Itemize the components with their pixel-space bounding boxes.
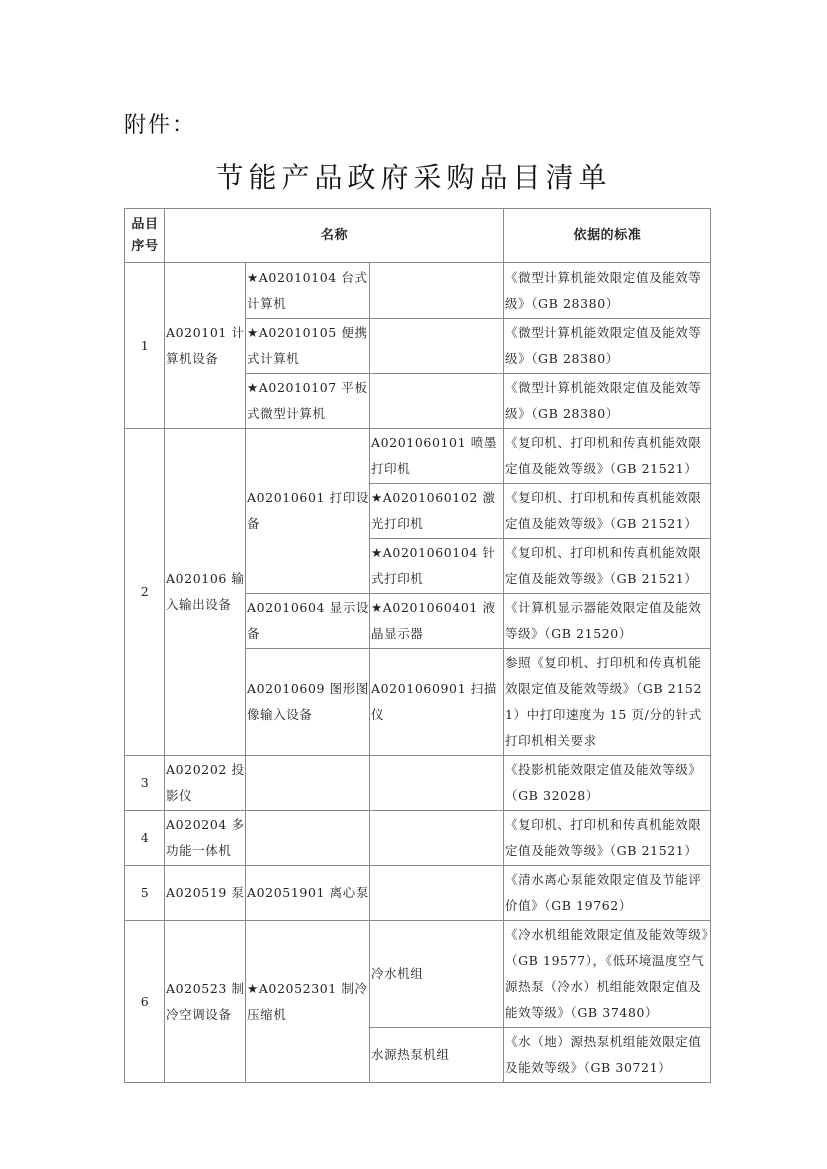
seq-cell: 1 (125, 263, 165, 429)
category-cell: A020106 输入输出设备 (165, 429, 246, 756)
procurement-catalog-table: 品目序号 名称 依据的标准 1 A020101 计算机设备 ★A02010104… (124, 208, 711, 1083)
standard-cell: 《投影机能效限定值及能效等级》（GB 32028） (504, 756, 711, 811)
sub-item-cell: ★A02010105 便携式计算机 (246, 319, 370, 374)
sub-item-cell: ★A02010107 平板式微型计算机 (246, 374, 370, 429)
sub-item-cell: A02051901 离心泵 (246, 866, 370, 921)
table-row: 6 A020523 制冷空调设备 ★A02052301 制冷压缩机 冷水机组 《… (125, 921, 711, 1028)
standard-cell: 《复印机、打印机和传真机能效限定值及能效等级》（GB 21521） (504, 429, 711, 484)
table-row: 1 A020101 计算机设备 ★A02010104 台式计算机 《微型计算机能… (125, 263, 711, 319)
seq-cell: 2 (125, 429, 165, 756)
detail-cell: ★A0201060104 针式打印机 (370, 539, 504, 594)
sub-item-cell: A02010601 打印设备 (246, 429, 370, 594)
detail-cell (370, 811, 504, 866)
seq-cell: 4 (125, 811, 165, 866)
document-title: 节能产品政府采购品目清单 (0, 156, 827, 196)
header-name: 名称 (165, 209, 504, 263)
seq-cell: 6 (125, 921, 165, 1083)
sub-item-cell (246, 811, 370, 866)
category-cell: A020204 多功能一体机 (165, 811, 246, 866)
table-header-row: 品目序号 名称 依据的标准 (125, 209, 711, 263)
standard-cell: 《复印机、打印机和传真机能效限定值及能效等级》（GB 21521） (504, 539, 711, 594)
detail-cell (370, 374, 504, 429)
seq-cell: 5 (125, 866, 165, 921)
detail-cell: 水源热泵机组 (370, 1028, 504, 1083)
category-cell: A020202 投影仪 (165, 756, 246, 811)
table-row: 2 A020106 输入输出设备 A02010601 打印设备 A0201060… (125, 429, 711, 484)
standard-cell: 《复印机、打印机和传真机能效限定值及能效等级》（GB 21521） (504, 484, 711, 539)
detail-cell: A0201060901 扫描仪 (370, 649, 504, 756)
standard-cell: 《清水离心泵能效限定值及节能评价值》（GB 19762） (504, 866, 711, 921)
standard-cell: 《微型计算机能效限定值及能效等级》（GB 28380） (504, 263, 711, 319)
sub-item-cell: ★A02052301 制冷压缩机 (246, 921, 370, 1083)
table-row: 5 A020519 泵 A02051901 离心泵 《清水离心泵能效限定值及节能… (125, 866, 711, 921)
sub-item-cell (246, 756, 370, 811)
detail-cell: A0201060101 喷墨打印机 (370, 429, 504, 484)
standard-cell: 《水（地）源热泵机组能效限定值及能效等级》（GB 30721） (504, 1028, 711, 1083)
category-cell: A020101 计算机设备 (165, 263, 246, 429)
sub-item-cell: A02010604 显示设备 (246, 594, 370, 649)
category-cell: A020519 泵 (165, 866, 246, 921)
attachment-label: 附件： (124, 108, 196, 139)
standard-cell: 《微型计算机能效限定值及能效等级》（GB 28380） (504, 319, 711, 374)
detail-cell (370, 263, 504, 319)
header-standard: 依据的标准 (504, 209, 711, 263)
standard-cell: 《计算机显示器能效限定值及能效等级》（GB 21520） (504, 594, 711, 649)
detail-cell (370, 756, 504, 811)
standard-cell: 《冷水机组能效限定值及能效等级》（GB 19577），《低环境温度空气源热泵（冷… (504, 921, 711, 1028)
sub-item-cell: ★A02010104 台式计算机 (246, 263, 370, 319)
table-row: 3 A020202 投影仪 《投影机能效限定值及能效等级》（GB 32028） (125, 756, 711, 811)
detail-cell (370, 319, 504, 374)
category-cell: A020523 制冷空调设备 (165, 921, 246, 1083)
detail-cell (370, 866, 504, 921)
detail-cell: 冷水机组 (370, 921, 504, 1028)
seq-cell: 3 (125, 756, 165, 811)
sub-item-cell: A02010609 图形图像输入设备 (246, 649, 370, 756)
header-seq: 品目序号 (125, 209, 165, 263)
detail-cell: ★A0201060102 激光打印机 (370, 484, 504, 539)
detail-cell: ★A0201060401 液晶显示器 (370, 594, 504, 649)
standard-cell: 《微型计算机能效限定值及能效等级》（GB 28380） (504, 374, 711, 429)
standard-cell: 参照《复印机、打印机和传真机能效限定值及能效等级》（GB 21521）中打印速度… (504, 649, 711, 756)
table-row: 4 A020204 多功能一体机 《复印机、打印机和传真机能效限定值及能效等级》… (125, 811, 711, 866)
standard-cell: 《复印机、打印机和传真机能效限定值及能效等级》（GB 21521） (504, 811, 711, 866)
